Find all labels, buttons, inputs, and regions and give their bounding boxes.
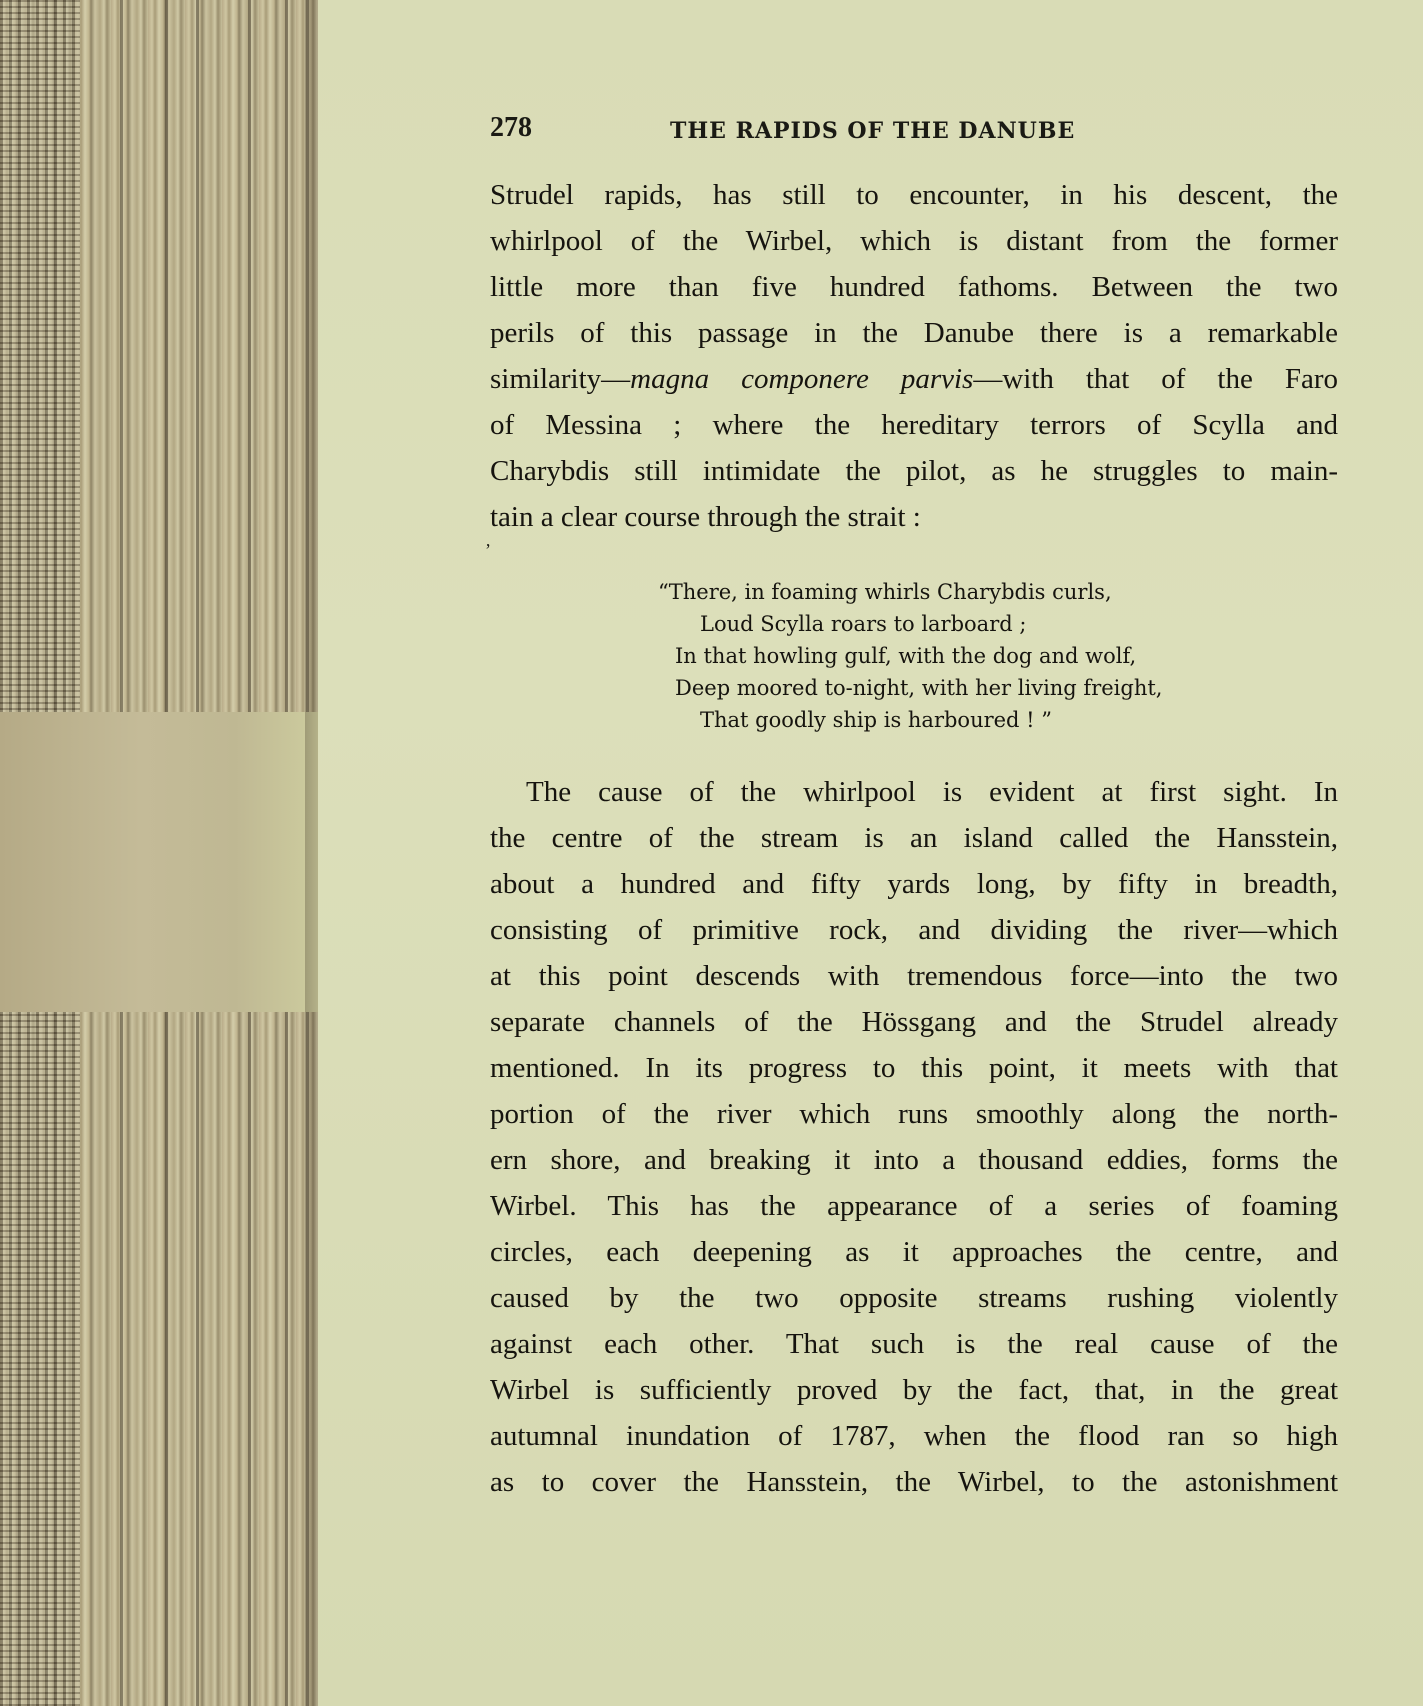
text-line: ern shore, and breaking it into a thousa… bbox=[490, 1137, 1338, 1183]
text-line: portion of the river which runs smoothly… bbox=[490, 1091, 1338, 1137]
text-line: against each other. That such is the rea… bbox=[490, 1321, 1338, 1367]
paragraph-2: The cause of the whirlpool is evident at… bbox=[490, 769, 1338, 1505]
verse-line: “There, in foaming whirls Charybdis curl… bbox=[658, 576, 1162, 608]
text-line: at this point descends with tremendous f… bbox=[490, 953, 1338, 999]
text-line: consisting of primitive rock, and dividi… bbox=[490, 907, 1338, 953]
text-line: The cause of the whirlpool is evident at… bbox=[490, 769, 1338, 815]
verse-line: That goodly ship is harboured ! ” bbox=[658, 704, 1162, 736]
text-line: of Messina ; where the hereditary terror… bbox=[490, 402, 1338, 448]
text-line: tain a clear course through the strait : bbox=[490, 494, 1338, 540]
text-span: similarity— bbox=[490, 363, 630, 395]
text-line: about a hundred and fifty yards long, by… bbox=[490, 861, 1338, 907]
text-line: separate channels of the Hössgang and th… bbox=[490, 999, 1338, 1045]
verse-line: In that howling gulf, with the dog and w… bbox=[658, 640, 1162, 672]
text-line: Charybdis still intimidate the pilot, as… bbox=[490, 448, 1338, 494]
running-head: 278 THE RAPIDS OF THE DANUBE bbox=[490, 112, 1350, 152]
page-number: 278 bbox=[490, 112, 532, 144]
text-line: Wirbel. This has the appearance of a ser… bbox=[490, 1183, 1338, 1229]
latin-phrase: magna componere parvis bbox=[630, 363, 973, 395]
text-line: the centre of the stream is an island ca… bbox=[490, 815, 1338, 861]
text-line: Strudel rapids, has still to encounter, … bbox=[490, 172, 1338, 218]
verse-line: Loud Scylla roars to larboard ; bbox=[658, 608, 1162, 640]
paragraph-1: Strudel rapids, has still to encounter, … bbox=[490, 172, 1338, 540]
text-line: Wirbel is sufficiently proved by the fac… bbox=[490, 1367, 1338, 1413]
text-line: little more than five hundred fathoms. B… bbox=[490, 264, 1338, 310]
verse-line: Deep moored to-night, with her living fr… bbox=[658, 672, 1162, 704]
verse-quotation: “There, in foaming whirls Charybdis curl… bbox=[658, 576, 1162, 736]
text-line: perils of this passage in the Danube the… bbox=[490, 310, 1338, 356]
book-page: 278 THE RAPIDS OF THE DANUBE Strudel rap… bbox=[318, 0, 1423, 1706]
stray-ink-mark: ’ bbox=[485, 540, 491, 561]
text-line: circles, each deepening as it approaches… bbox=[490, 1229, 1338, 1275]
text-line: mentioned. In its progress to this point… bbox=[490, 1045, 1338, 1091]
text-line: as to cover the Hansstein, the Wirbel, t… bbox=[490, 1459, 1338, 1505]
text-line: caused by the two opposite streams rushi… bbox=[490, 1275, 1338, 1321]
book-page-edges bbox=[0, 0, 320, 1706]
text-line-with-latin: similarity—magna componere parvis—with t… bbox=[490, 356, 1338, 402]
text-line: whirlpool of the Wirbel, which is distan… bbox=[490, 218, 1338, 264]
text-line: autumnal inundation of 1787, when the fl… bbox=[490, 1413, 1338, 1459]
text-span: —with that of the Faro bbox=[973, 363, 1338, 395]
running-title: THE RAPIDS OF THE DANUBE bbox=[670, 118, 1075, 144]
